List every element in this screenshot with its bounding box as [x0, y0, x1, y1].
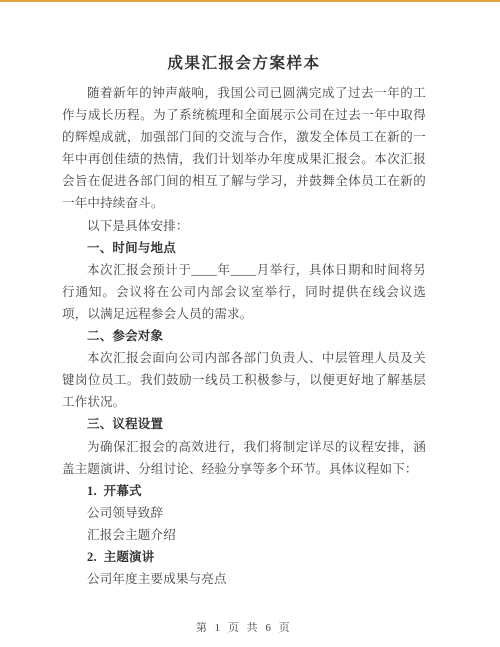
agenda-item-opening: 1.开幕式	[62, 480, 426, 502]
agenda-item-number: 2.	[87, 546, 97, 568]
paragraph-time-location: 本次汇报会预计于____年____月举行，具体日期和时间将另行通知。会议将在公司…	[62, 259, 426, 325]
paragraph-attendees: 本次汇报会面向公司内部各部门负责人、中层管理人员及关键岗位员工。我们鼓励一线员工…	[62, 347, 426, 413]
page-title: 成果汇报会方案样本	[62, 52, 426, 76]
document-page: 成果汇报会方案样本 随着新年的钟声敲响，我国公司已圆满完成了过去一年的工作与成长…	[0, 0, 500, 636]
paragraph-arrangement-lead: 以下是具体安排：	[62, 215, 426, 237]
paragraph-intro: 随着新年的钟声敲响，我国公司已圆满完成了过去一年的工作与成长历程。为了系统梳理和…	[62, 82, 426, 215]
agenda-item-keynote: 2.主题演讲	[62, 546, 426, 568]
paragraph-agenda: 为确保汇报会的高效进行，我们将制定详尽的议程安排，涵盖主题演讲、分组讨论、经验分…	[62, 436, 426, 480]
agenda-subitem-annual-results: 公司年度主要成果与亮点	[62, 568, 426, 590]
agenda-item-number: 1.	[87, 480, 97, 502]
agenda-subitem-theme-intro: 汇报会主题介绍	[62, 524, 426, 546]
section-heading-time-location: 一、时间与地点	[62, 237, 426, 259]
section-heading-attendees: 二、参会对象	[62, 325, 426, 347]
top-accent-line	[0, 0, 500, 2]
section-heading-agenda: 三、议程设置	[62, 413, 426, 435]
agenda-subitem-leader-speech: 公司领导致辞	[62, 502, 426, 524]
agenda-item-label: 主题演讲	[104, 550, 155, 564]
agenda-item-label: 开幕式	[104, 484, 142, 498]
page-number-footer: 第 1 页 共 6 页	[62, 620, 426, 636]
